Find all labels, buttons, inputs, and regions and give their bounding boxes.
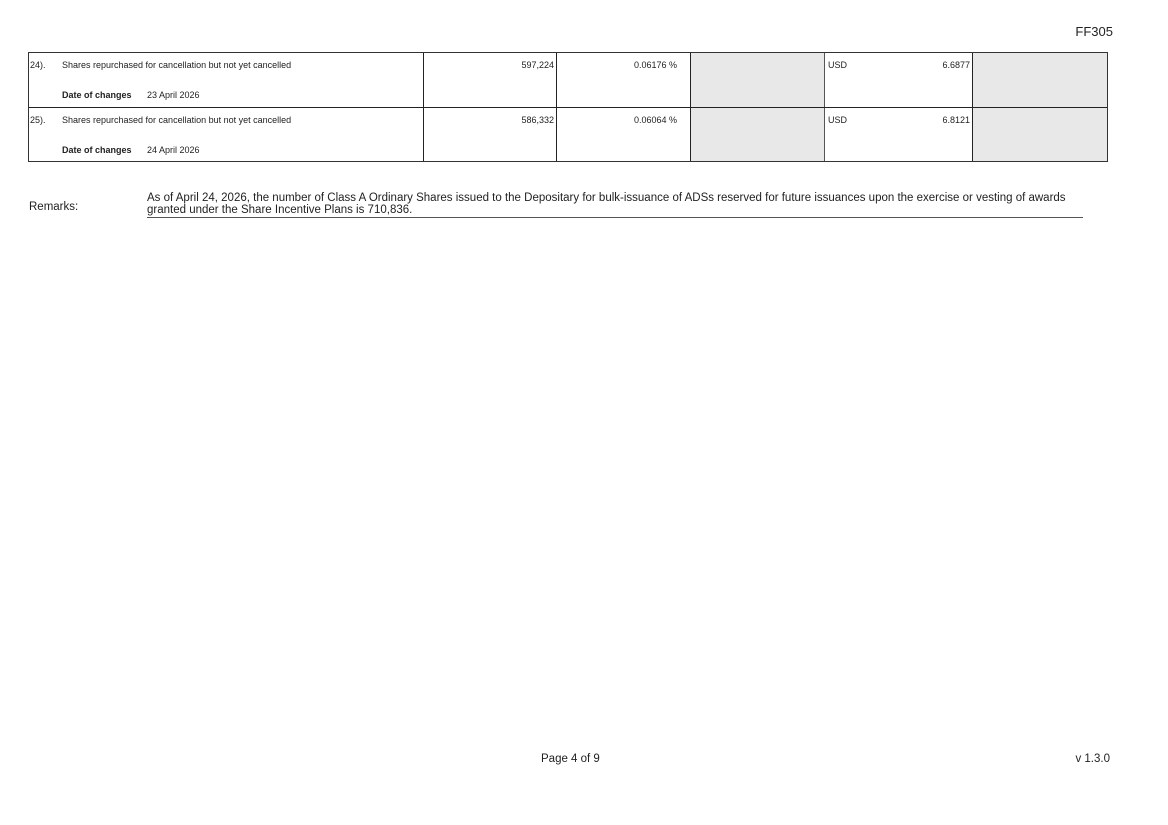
- description-cell: 25). Shares repurchased for cancellation…: [29, 108, 423, 161]
- empty-shaded-cell: [690, 53, 824, 107]
- version-label: v 1.3.0: [1075, 753, 1110, 765]
- row-description: Shares repurchased for cancellation but …: [62, 115, 291, 125]
- empty-shaded-cell: [973, 53, 1107, 107]
- price: 6.6877: [942, 60, 970, 70]
- currency: USD: [828, 60, 847, 70]
- row-description: Shares repurchased for cancellation but …: [62, 60, 291, 70]
- form-code: FF305: [1075, 24, 1113, 39]
- row-index: 25).: [30, 115, 46, 125]
- date-value: 23 April 2026: [147, 90, 200, 100]
- row-index: 24).: [30, 60, 46, 70]
- price-cell: USD 6.6877: [824, 53, 973, 107]
- percentage-cell: 0.06064 %: [556, 108, 690, 161]
- date-label: Date of changes: [62, 145, 132, 155]
- date-value: 24 April 2026: [147, 145, 200, 155]
- table-row: 25). Shares repurchased for cancellation…: [29, 107, 1107, 161]
- currency: USD: [828, 115, 847, 125]
- shares-cell: 586,332: [423, 108, 556, 161]
- share-changes-table: 24). Shares repurchased for cancellation…: [28, 52, 1108, 162]
- remarks-label: Remarks:: [29, 201, 78, 213]
- percentage-cell: 0.06176 %: [556, 53, 690, 107]
- empty-shaded-cell: [690, 108, 824, 161]
- empty-shaded-cell: [973, 108, 1107, 161]
- remarks-text: As of April 24, 2026, the number of Clas…: [147, 192, 1083, 218]
- price: 6.8121: [942, 115, 970, 125]
- table-row: 24). Shares repurchased for cancellation…: [29, 53, 1107, 107]
- shares-cell: 597,224: [423, 53, 556, 107]
- description-cell: 24). Shares repurchased for cancellation…: [29, 53, 423, 107]
- page-number: Page 4 of 9: [541, 753, 600, 765]
- date-label: Date of changes: [62, 90, 132, 100]
- price-cell: USD 6.8121: [824, 108, 973, 161]
